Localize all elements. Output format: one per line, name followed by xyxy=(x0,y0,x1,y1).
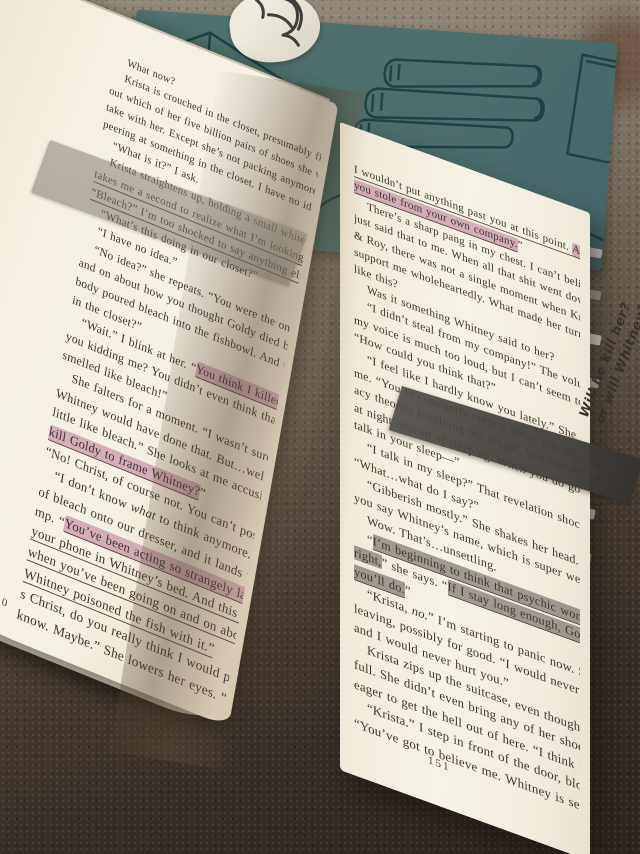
body-text: ” xyxy=(405,582,411,598)
annotated-text: After all, xyxy=(572,242,580,259)
right-book-page: I wouldn’t put anything past you at this… xyxy=(340,122,590,854)
photo-open-book-scene: { "left_page": { "page_number": "150", "… xyxy=(0,0,640,854)
body-text: “ xyxy=(367,531,373,547)
body-text: ” xyxy=(518,239,523,253)
left-page-number: 150 xyxy=(0,545,10,611)
